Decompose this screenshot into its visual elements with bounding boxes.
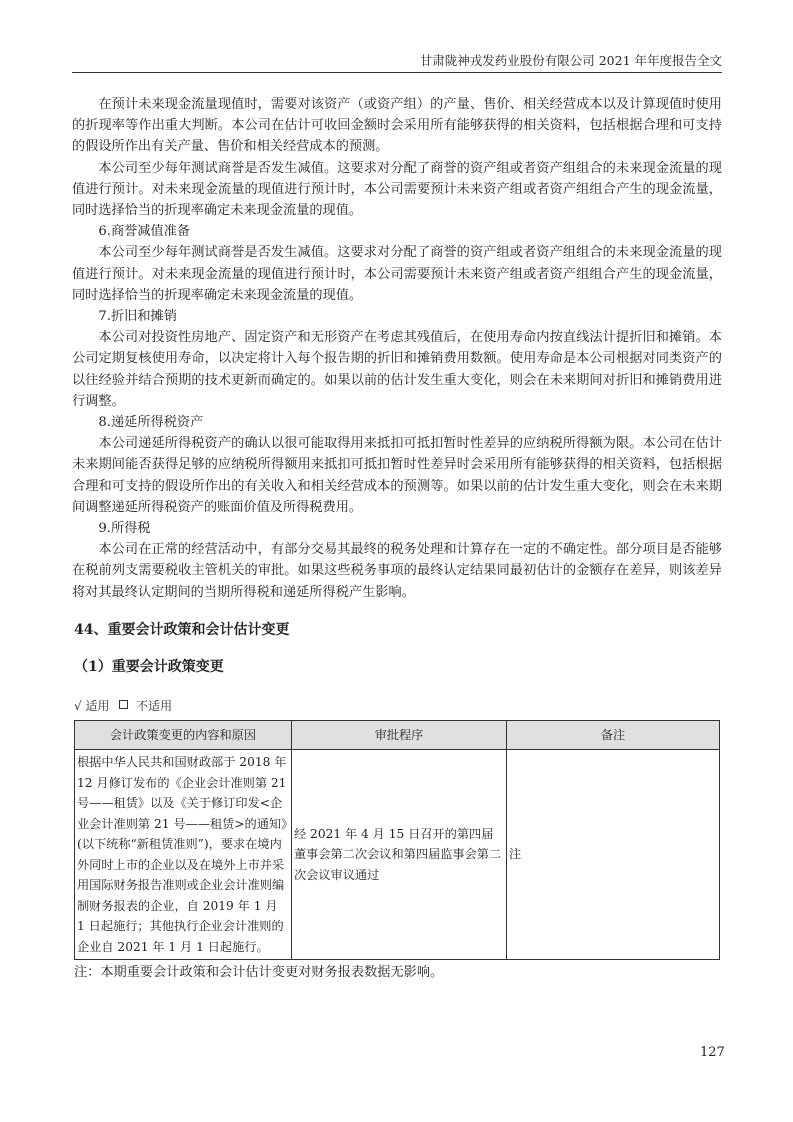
applicable-checked: √ 适用 bbox=[74, 699, 109, 713]
table-cell: 注 bbox=[507, 750, 720, 960]
column-header: 审批程序 bbox=[292, 721, 507, 750]
table-cell: 经 2021 年 4 月 15 日召开的第四届董事会第二次会议和第四届监事会第二… bbox=[292, 750, 507, 960]
table-cell: 根据中华人民共和国财政部于 2018 年 12 月修订发布的《企业会计准则第 2… bbox=[75, 750, 292, 960]
paragraph: 本公司在正常的经营活动中，有部分交易其最终的税务处理和计算存在一定的不确定性。部… bbox=[72, 539, 722, 603]
table-header-row: 会计政策变更的内容和原因 审批程序 备注 bbox=[75, 721, 720, 750]
paragraph: 本公司至少每年测试商誉是否发生减值。这要求对分配了商誉的资产组或者资产组组合的未… bbox=[72, 158, 722, 222]
page-number: 127 bbox=[700, 1045, 725, 1060]
column-header: 会计政策变更的内容和原因 bbox=[75, 721, 292, 750]
paragraph: 本公司对投资性房地产、固定资产和无形资产在考虑其残值后，在使用寿命内按直线法计提… bbox=[72, 327, 722, 412]
report-title: 甘肃陇神戎发药业股份有限公司 2021 年年度报告全文 bbox=[420, 53, 722, 68]
policy-change-heading: （1）重要会计政策变更 bbox=[74, 656, 224, 676]
not-applicable-label: 不适用 bbox=[136, 699, 172, 713]
page-header: 甘肃陇神戎发药业股份有限公司 2021 年年度报告全文 bbox=[72, 52, 722, 73]
checkbox-empty-icon bbox=[119, 700, 128, 709]
column-header: 备注 bbox=[507, 721, 720, 750]
paragraph: 在预计未来现金流量现值时，需要对该资产（或资产组）的产量、售价、相关经营成本以及… bbox=[72, 94, 722, 158]
section-heading: 6.商誉减值准备 bbox=[72, 221, 722, 242]
table-row: 根据中华人民共和国财政部于 2018 年 12 月修订发布的《企业会计准则第 2… bbox=[75, 750, 720, 960]
policy-change-table: 会计政策变更的内容和原因 审批程序 备注 根据中华人民共和国财政部于 2018 … bbox=[74, 720, 720, 960]
section-heading: 9.所得税 bbox=[72, 518, 722, 539]
table-note: 注：本期重要会计政策和会计估计变更对财务报表数据无影响。 bbox=[74, 961, 443, 980]
applicability-indicator: √ 适用 不适用 bbox=[74, 697, 172, 714]
section-heading: 8.递延所得税资产 bbox=[72, 412, 722, 433]
paragraph: 本公司至少每年测试商誉是否发生减值。这要求对分配了商誉的资产组或者资产组组合的未… bbox=[72, 242, 722, 306]
section-44-heading: 44、重要会计政策和会计估计变更 bbox=[74, 619, 289, 639]
paragraph: 本公司递延所得税资产的确认以很可能取得用来抵扣可抵扣暂时性差异的应纳税所得额为限… bbox=[72, 433, 722, 518]
section-heading: 7.折旧和摊销 bbox=[72, 306, 722, 327]
body-text: 在预计未来现金流量现值时，需要对该资产（或资产组）的产量、售价、相关经营成本以及… bbox=[72, 94, 722, 603]
